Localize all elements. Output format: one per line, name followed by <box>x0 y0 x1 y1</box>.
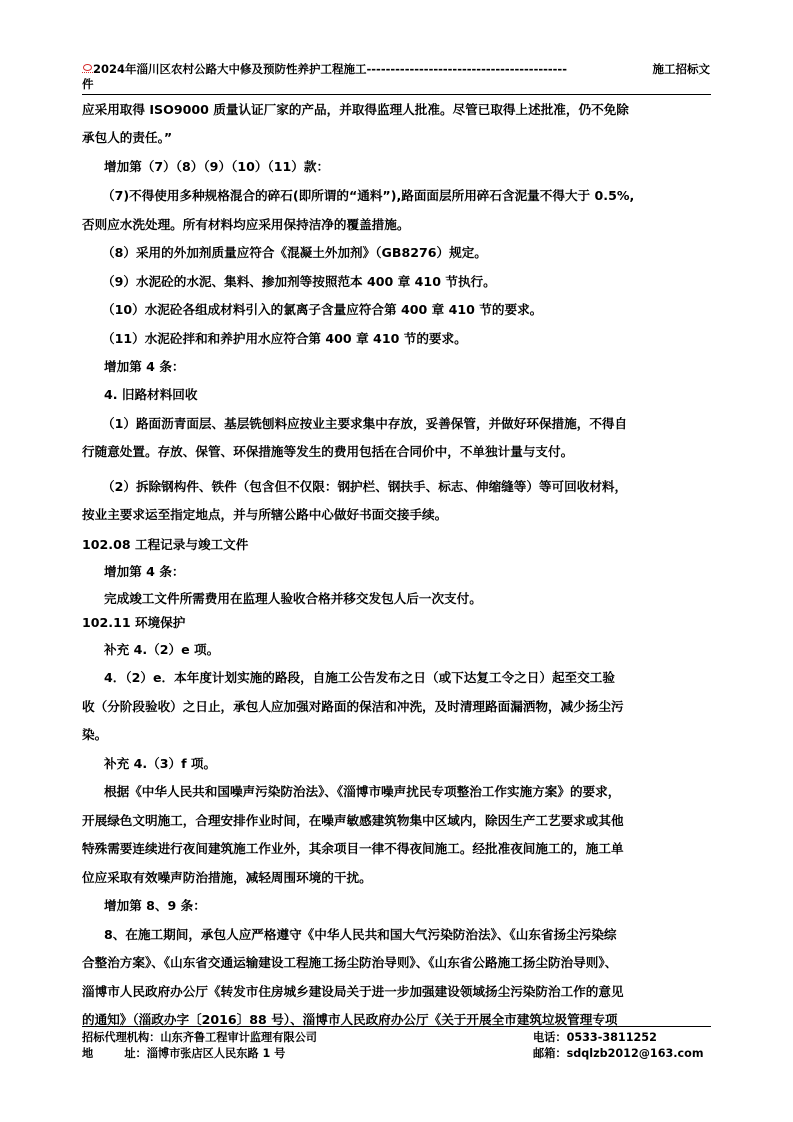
agency-label: 招标代理机构： <box>82 1031 160 1044</box>
clause-heading: 4. 旧路材料回收 <box>104 386 198 404</box>
phone-label: 电话： <box>533 1031 567 1044</box>
address-info: 地 址：淄博市张店区人民东路 1 号 <box>82 1046 285 1061</box>
paragraph-line: 按业主要求运至指定地点，并与所辖公路中心做好书面交接手续。 <box>82 506 447 524</box>
paragraph-line: （8）采用的外加剂质量应符合《混凝土外加剂》（GB8276）规定。 <box>102 244 487 262</box>
header-divider <box>82 94 711 95</box>
paragraph-line: 应采用取得 ISO9000 质量认证厂家的产品，并取得监理人批准。尽管已取得上述… <box>82 101 629 119</box>
agency-info: 招标代理机构：山东齐鲁工程审计监理有限公司 <box>82 1030 317 1045</box>
section-heading: 102.11 环境保护 <box>82 614 185 632</box>
paragraph-line: 完成竣工文件所需费用在监理人验收合格并移交发包人后一次支付。 <box>104 590 482 608</box>
paragraph-line: （10）水泥砼各组成材料引入的氯离子含量应符合第 400 章 410 节的要求。 <box>102 301 542 319</box>
address-value: 淄博市张店区人民东路 1 号 <box>147 1047 286 1060</box>
paragraph-line: 4．（2）e．本年度计划实施的路段，自施工公告发布之日（或下达复工令之日）起至交… <box>104 669 615 687</box>
phone-info: 电话：0533-3811252 <box>533 1030 657 1045</box>
clause-heading: 增加第（7）（8）（9）（10）（11）款： <box>104 158 329 176</box>
paragraph-line: 合整治方案》、《山东省交通运输建设工程施工扬尘防治导则》、《山东省公路施工扬尘防… <box>82 954 617 972</box>
paragraph-line: 特殊需要连续进行夜间建筑施工作业外，其余项目一律不得夜间施工。经批准夜间施工的，… <box>82 840 624 858</box>
page-header: 2024年淄川区农村公路大中修及预防性养护工程施工---------------… <box>82 62 710 92</box>
agency-value: 山东齐鲁工程审计监理有限公司 <box>160 1031 317 1044</box>
paragraph-line: 8、在施工期间，承包人应严格遵守《中华人民共和国大气污染防治法》、《山东省扬尘污… <box>104 926 617 944</box>
paragraph-line: 染。 <box>82 726 107 744</box>
project-title: 2024年淄川区农村公路大中修及预防性养护工程施工 <box>93 62 367 76</box>
paragraph-line: 收（分阶段验收）之日止，承包人应加强对路面的保洁和冲洗，及时清理路面漏洒物，减少… <box>82 698 624 716</box>
document-page: 2024年淄川区农村公路大中修及预防性养护工程施工---------------… <box>0 0 793 1122</box>
paragraph-line: 淄博市人民政府办公厅《转发市住房城乡建设局关于进一步加强建设领域扬尘污染防治工作… <box>82 983 624 1001</box>
email-info: 邮箱：sdqlzb2012@163.com <box>533 1046 704 1061</box>
paragraph-line: 行随意处置。存放、保管、环保措施等发生的费用包括在合同价中，不单独计量与支付。 <box>82 443 573 461</box>
paragraph-line: （1）路面沥青面层、基层铣刨料应按业主要求集中存放，妥善保管，并做好环保措施，不… <box>102 415 627 433</box>
address-label: 地 址： <box>82 1047 147 1060</box>
header-title-row: 2024年淄川区农村公路大中修及预防性养护工程施工---------------… <box>82 62 710 77</box>
paragraph-line: （11）水泥砼拌和和养护用水应符合第 400 章 410 节的要求。 <box>102 330 467 348</box>
paragraph-line: 开展绿色文明施工，合理安排作业时间，在噪声敏感建筑物集中区域内，除因生产工艺要求… <box>82 812 624 830</box>
paragraph-line: （2）拆除钢构件、铁件（包含但不仅限：钢护栏、钢扶手、标志、伸缩缝等）等可回收材… <box>102 478 627 496</box>
email-label: 邮箱： <box>533 1047 567 1060</box>
doc-type-wrap: 件 <box>82 77 710 92</box>
clause-heading: 补充 4.（2）e 项。 <box>104 641 219 659</box>
footer-row-agency: 招标代理机构：山东齐鲁工程审计监理有限公司 电话：0533-3811252 <box>82 1030 712 1045</box>
paragraph-line: 根据《中华人民共和国噪声污染防治法》、《淄博市噪声扰民专项整治工作实施方案》的要… <box>104 783 620 801</box>
paragraph-line: 否则应水洗处理。所有材料均应采用保持洁净的覆盖措施。 <box>82 216 409 234</box>
clause-heading: 增加第 8、9 条： <box>104 897 206 915</box>
paragraph-line: 位应采取有效噪声防治措施，减轻周围环境的干扰。 <box>82 869 372 887</box>
section-heading: 102.08 工程记录与竣工文件 <box>82 536 248 554</box>
clause-heading: 增加第 4 条： <box>104 563 185 581</box>
footer-divider <box>82 1026 711 1027</box>
paragraph-line: （7)不得使用多种规格混合的碎石(即所谓的“通料”),路面面层所用碎石含泥量不得… <box>102 187 634 205</box>
clause-heading: 增加第 4 条： <box>104 358 185 376</box>
paragraph-line: （9）水泥砼的水泥、集料、掺加剂等按照范本 400 章 410 节执行。 <box>102 273 496 291</box>
footer-row-address: 地 址：淄博市张店区人民东路 1 号 邮箱：sdqlzb2012@163.com <box>82 1046 712 1061</box>
paragraph-line: 承包人的责任。” <box>82 129 172 147</box>
email-value[interactable]: sdqlzb2012@163.com <box>567 1047 704 1060</box>
company-logo-icon <box>82 64 93 74</box>
phone-value: 0533-3811252 <box>567 1031 657 1044</box>
doc-type: 施工招标文 <box>653 62 711 77</box>
header-title-left: 2024年淄川区农村公路大中修及预防性养护工程施工---------------… <box>82 62 567 77</box>
header-dashes: ----------------------------------------… <box>367 62 567 76</box>
clause-heading: 补充 4.（3）f 项。 <box>104 755 216 773</box>
